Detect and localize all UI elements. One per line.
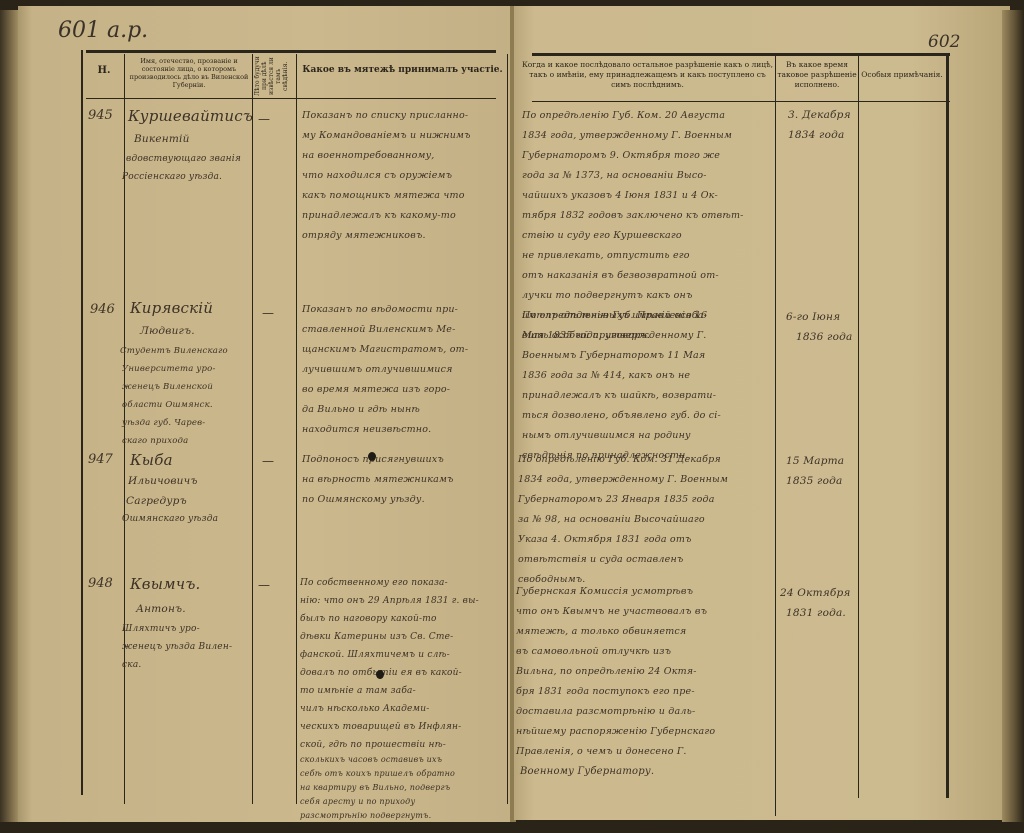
resolution-line: По опредѣленію Губ. Ком. 20 Августа [522, 106, 725, 126]
resolution-line: Вильна, по опредѣленію 24 Октя- [516, 662, 697, 682]
participation-line: ставленной Виленскимъ Ме- [302, 320, 456, 340]
folio-number-left: 601 a.p. [58, 18, 148, 43]
executed-date: 1836 года [796, 328, 852, 348]
entry-name: Куршевайтисъ [128, 106, 253, 126]
resolution-line: 1834 года, утвержденному Г. Военным [518, 470, 728, 490]
entry-name-line: Сагредуръ [126, 492, 187, 512]
participation-line: на военнотребованному, [302, 146, 435, 166]
ink-blot [376, 670, 384, 679]
resolution-line: 1834 года, утвержденному Г. Военным [522, 126, 732, 146]
resolution-line: нѣйшему распоряженію Губернскаго [516, 722, 715, 742]
resolution-line: тября 1832 годовъ заключено къ отвѣт- [522, 206, 744, 226]
participation-line: отряду мятежниковъ. [302, 226, 426, 246]
executed-date: 1831 года. [786, 604, 846, 624]
entry-name-line: Людвигъ. [140, 322, 195, 342]
book-right-edge [1002, 10, 1024, 822]
resolution-line: Мая 1835 года, утвержденному Г. [522, 326, 707, 346]
entry-name-line: вдовствующаго званія [126, 150, 241, 170]
resolution-line: года за № 1373, на основаніи Высо- [522, 166, 707, 186]
entry-name-line: уѣзда губ. Чарев- [122, 414, 205, 434]
entry-name-line: Ошмянскаго уѣзда [122, 510, 218, 530]
column-rule [81, 50, 83, 795]
executed-date: 1835 года [786, 472, 842, 492]
column-rule [296, 54, 297, 804]
resolution-line: Указа 4. Октября 1831 года отъ [518, 530, 692, 550]
column-rule [858, 56, 859, 798]
location-dash: — [262, 306, 274, 320]
entry-name: Кыба [130, 450, 173, 470]
resolution-line: лучки то подвергнутъ какъ онъ [522, 286, 693, 306]
header-resolution: Когда и какое послѣдовало остальное разр… [520, 60, 775, 90]
resolution-line: за № 98, на основаніи Высочайшаго [518, 510, 705, 530]
column-rule [252, 54, 253, 804]
executed-date: 6-го Іюня [786, 308, 840, 328]
header-location: Лѣто будучи при дѣлѣ извѣстся ли тамъ св… [254, 56, 294, 96]
participation-line: фанской. Шляхтичемъ и слѣ- [300, 646, 450, 666]
header-participation: Какое въ мятежѣ принималъ участіе. [300, 66, 505, 75]
participation-line: нію: что онъ 29 Апрѣля 1831 г. вы- [300, 592, 479, 612]
executed-date: 24 Октября [780, 584, 851, 604]
participation-line: щанскимъ Магистратомъ, от- [302, 340, 468, 360]
entry-name-line: женецъ Виленской [122, 378, 213, 398]
resolution-line: По опредѣленію Губ. Правленія 16 [522, 306, 707, 326]
participation-line: Показанъ по вѣдомости при- [302, 300, 458, 320]
resolution-line: чайшихъ указовъ 4 Іюня 1831 и 4 Ок- [522, 186, 718, 206]
entry-name-line: ска. [122, 656, 141, 676]
participation-line: былъ по наговору какой-то [300, 610, 437, 630]
participation-line: сколькихъ часовъ оставивъ ихъ [300, 752, 442, 767]
entry-name-line: Викентій [134, 130, 190, 150]
entry-name-line: Университета уро- [122, 360, 216, 380]
header-top-rule-right [532, 53, 950, 56]
header-bottom-rule-left [86, 98, 496, 99]
entry-number: 945 [88, 108, 113, 123]
resolution-line: нымъ отлучившимся на родину [522, 426, 691, 446]
participation-line: лучившимъ отлучившимися [302, 360, 453, 380]
header-number: Н. [86, 66, 122, 75]
entry-name-line: Антонъ. [136, 600, 186, 620]
resolution-line: ствію и суду его Куршевскаго [522, 226, 682, 246]
participation-line: находится неизвѣстно. [302, 420, 431, 440]
entry-name-line: Шляхтичъ уро- [122, 620, 200, 640]
entry-name-line: женецъ уѣзда Вилен- [122, 638, 232, 658]
location-dash: — [262, 454, 274, 468]
location-dash: — [258, 112, 270, 126]
header-executed: Въ какое время таковое разрѣшеніе исполн… [777, 60, 857, 90]
entry-name-line: скаго прихода [122, 432, 188, 452]
participation-line: ческихъ товарищей въ Инфлян- [300, 718, 461, 738]
participation-line: принадлежалъ къ какому-то [302, 206, 456, 226]
resolution-line: доставила разсмотрѣнію и даль- [516, 702, 695, 722]
participation-line: себя аресту и по приходу [300, 794, 415, 809]
column-rule [507, 54, 508, 804]
entry-name-line: Ильичовичъ [128, 472, 198, 492]
entry-name: Кирявскій [130, 298, 213, 318]
executed-date: 3. Декабря [788, 106, 851, 126]
participation-line: во время мятежа изъ горо- [302, 380, 450, 400]
participation-line: что находился съ оружіемъ [302, 166, 452, 186]
participation-line: по Ошмянскому уѣзду. [302, 490, 425, 510]
header-bottom-rule-right [532, 101, 950, 102]
entry-name: Квымчъ. [130, 574, 201, 594]
resolution-line: бря 1831 года поступокъ его пре- [516, 682, 695, 702]
resolution-line: отвѣтствія и суда оставленъ [518, 550, 683, 570]
participation-line: то имѣніе а там заба- [300, 682, 416, 702]
participation-line: разсмотрѣнію подвергнутъ. [300, 808, 431, 823]
header-remarks: Особыя примѣчанія. [860, 70, 944, 80]
resolution-line: По опредѣленію Губ. Ком. 31 Декабря [518, 450, 721, 470]
header-name: Имя, отечество, прозваніе и состояніе ли… [127, 57, 251, 89]
location-dash: — [258, 578, 270, 592]
resolution-line: 1836 года за № 414, какъ онъ не [522, 366, 690, 386]
book-left-edge [0, 10, 20, 822]
resolution-line: Губернаторомъ 23 Января 1835 года [518, 490, 715, 510]
resolution-line: Губернаторомъ 9. Октября того же [522, 146, 720, 166]
resolution-line: Военнымъ Губернаторомъ 11 Мая [522, 346, 705, 366]
executed-date: 1834 года [788, 126, 844, 146]
resolution-line: въ самовольной отлучкѣ изъ [516, 642, 671, 662]
resolution-line: Военному Губернатору. [520, 762, 654, 782]
resolution-line: мятежѣ, а только обвиняется [516, 622, 686, 642]
folio-number-right: 602 [928, 32, 960, 52]
resolution-line: не привлекать, отпустить его [522, 246, 690, 266]
participation-line: какъ помощникъ мятежа что [302, 186, 465, 206]
header-top-rule-left [86, 50, 496, 53]
participation-line: По собственному его показа- [300, 574, 448, 594]
column-rule [775, 56, 776, 816]
participation-line: му Командованіемъ и нижнимъ [302, 126, 471, 146]
resolution-line: принадлежалъ къ шайкѣ, возврати- [522, 386, 716, 406]
participation-line: да Вильно и гдѣ нынѣ [302, 400, 420, 420]
participation-line: Показанъ по списку присланно- [302, 106, 468, 126]
column-rule [946, 56, 949, 798]
entry-number: 948 [88, 576, 113, 591]
entry-name-line: Россіенскаго уѣзда. [122, 168, 222, 188]
executed-date: 15 Марта [786, 452, 844, 472]
entry-name-line: области Ошмянск. [122, 396, 213, 416]
entry-number: 946 [90, 302, 115, 317]
entry-number: 947 [88, 452, 113, 467]
participation-line: на вѣрность мятежникамъ [302, 470, 454, 490]
participation-line: дѣвки Катерины изъ Св. Сте- [300, 628, 453, 648]
resolution-line: ться дозволено, объявлено губ. до сі- [522, 406, 721, 426]
entry-name-line: Студентъ Виленскаго [120, 342, 228, 362]
participation-line: себѣ отъ коихъ пришелъ обратно [300, 766, 455, 781]
resolution-line: Правленія, о чемъ и донесено Г. [516, 742, 687, 762]
participation-line: на квартиру въ Вильно, подвергъ [300, 780, 450, 795]
participation-line: чилъ нѣсколько Академи- [300, 700, 429, 720]
ink-blot [368, 452, 376, 461]
resolution-line: отъ наказанія въ безвозвратной от- [522, 266, 719, 286]
resolution-line: Губернская Комиссія усмотрѣвъ [516, 582, 693, 602]
resolution-line: что онъ Квымчъ не участвовалъ въ [516, 602, 707, 622]
